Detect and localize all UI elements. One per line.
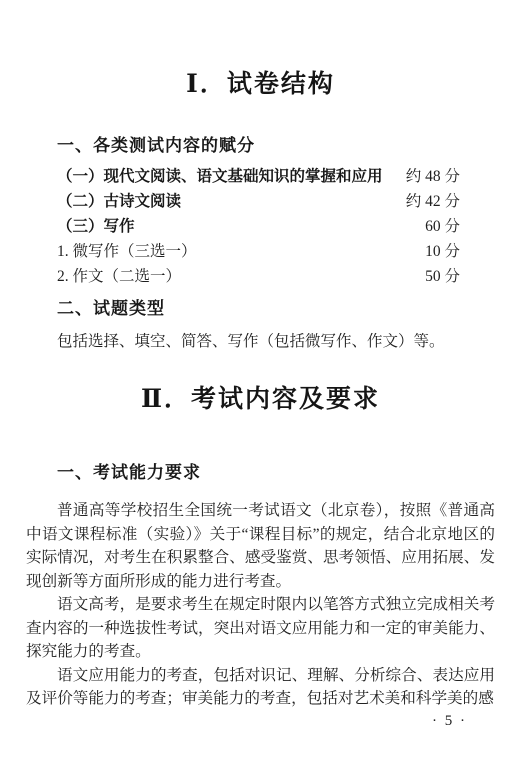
allocation-row: 2. 作文（二选一） 50 分 (26, 264, 495, 289)
document-page: Ⅰ．试卷结构 一、各类测试内容的赋分 （一）现代文阅读、语文基础知识的掌握和应用… (0, 0, 511, 775)
allocation-row-score: 10 分 (425, 239, 460, 264)
allocation-list: （一）现代文阅读、语文基础知识的掌握和应用 约 48 分 （二）古诗文阅读 约 … (26, 164, 495, 289)
allocation-row-score: 约 48 分 (406, 164, 460, 189)
allocation-row: （二）古诗文阅读 约 42 分 (26, 189, 495, 214)
body-paragraph: 语文应用能力的考查，包括对识记、理解、分析综合、表达应用及评价等能力的考查；审美… (26, 664, 495, 711)
allocation-row-label: 2. 作文（二选一） (57, 264, 181, 289)
page-number: · 5 · (26, 713, 495, 729)
allocation-row: （一）现代文阅读、语文基础知识的掌握和应用 约 48 分 (26, 164, 495, 189)
allocation-row-score: 约 42 分 (406, 189, 460, 214)
section-2-title: Ⅱ．考试内容及要求 (26, 385, 495, 415)
allocation-row-label: （三）写作 (57, 214, 135, 239)
allocation-row-label: （一）现代文阅读、语文基础知识的掌握和应用 (57, 164, 383, 189)
allocation-row-score: 60 分 (425, 214, 460, 239)
ability-requirements-heading: 一、考试能力要求 (26, 463, 495, 483)
allocation-row-score: 50 分 (425, 264, 460, 289)
allocation-heading: 一、各类测试内容的赋分 (26, 136, 495, 156)
question-types-heading: 二、试题类型 (26, 299, 495, 319)
body-paragraph: 语文高考，是要求考生在规定时限内以笔答方式独立完成相关考查内容的一种选拔性考试，… (26, 593, 495, 664)
body-paragraph: 普通高等学校招生全国统一考试语文（北京卷），按照《普通高中语文课程标准（实验）》… (26, 499, 495, 593)
question-types-text: 包括选择、填空、简答、写作（包括微写作、作文）等。 (26, 332, 495, 352)
allocation-row: 1. 微写作（三选一） 10 分 (26, 239, 495, 264)
allocation-row-label: 1. 微写作（三选一） (57, 239, 197, 264)
section-1-title: Ⅰ．试卷结构 (26, 70, 495, 100)
allocation-row: （三）写作 60 分 (26, 214, 495, 239)
allocation-row-label: （二）古诗文阅读 (57, 189, 181, 214)
